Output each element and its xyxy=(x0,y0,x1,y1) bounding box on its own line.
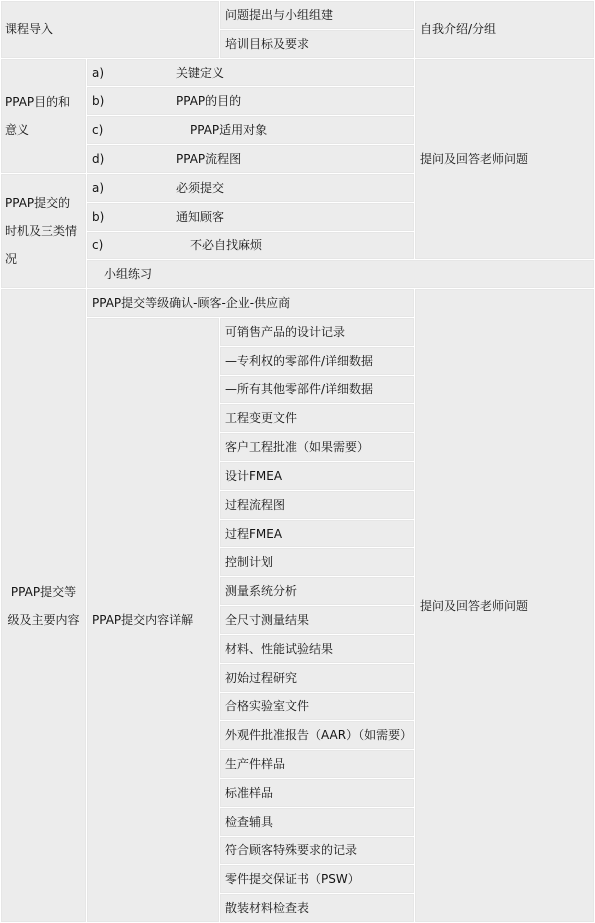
detail-item-cell: 检查辅具 xyxy=(221,809,413,835)
detail-item-text: 全尺寸测量结果 xyxy=(225,612,309,628)
sub-item-label: PPAP适用对象 xyxy=(190,122,267,138)
sub-item-cell: b)通知顾客 xyxy=(88,204,413,230)
detail-item-text: 过程FMEA xyxy=(225,526,282,542)
detail-item-cell: —所有其他零部件/详细数据 xyxy=(221,377,413,403)
detail-item-text: 零件提交保证书（PSW） xyxy=(225,871,360,887)
sub-item-marker: d) xyxy=(92,151,176,167)
detail-item-text: 散装材料检查表 xyxy=(225,900,309,916)
topic-cell-training-goals: 培训目标及要求 xyxy=(221,31,413,57)
detail-item-cell: 符合顾客特殊要求的记录 xyxy=(221,838,413,864)
detail-item-text: 客户工程批准（如果需要） xyxy=(225,439,369,455)
activity-text: 提问及回答老师问题 xyxy=(420,151,528,167)
sub-item-marker: b) xyxy=(92,93,176,109)
detail-item-cell: 工程变更文件 xyxy=(221,405,413,431)
detail-item-text: 测量系统分析 xyxy=(225,583,297,599)
detail-item-text: 设计FMEA xyxy=(225,468,282,484)
section-title-text: PPAP提交等级及主要内容 xyxy=(5,578,82,634)
detail-item-cell: —专利权的零部件/详细数据 xyxy=(221,348,413,374)
sub-item-marker: a) xyxy=(92,65,176,81)
detail-item-text: 外观件批准报告（AAR）（如需要） xyxy=(225,727,409,743)
section-title-text: 课程导入 xyxy=(5,15,53,43)
detail-item-cell: 合格实验室文件 xyxy=(221,694,413,720)
detail-item-cell: 零件提交保证书（PSW） xyxy=(221,866,413,892)
sub-item-marker: c) xyxy=(92,122,176,138)
sub-item-label: 必须提交 xyxy=(176,180,224,196)
section-title-text: PPAP目的和意义 xyxy=(5,88,82,144)
detail-item-text: —专利权的零部件/详细数据 xyxy=(225,353,373,369)
sub-item-label: PPAP流程图 xyxy=(176,151,241,167)
detail-item-text: 合格实验室文件 xyxy=(225,698,309,714)
section-title-course-intro: 课程导入 xyxy=(2,2,218,57)
detail-item-text: 生产件样品 xyxy=(225,756,285,772)
detail-item-cell: 生产件样品 xyxy=(221,751,413,777)
detail-item-text: 过程流程图 xyxy=(225,497,285,513)
sub-item-label: PPAP的目的 xyxy=(176,93,241,109)
detail-item-cell: 散装材料检查表 xyxy=(221,895,413,921)
activity-cell-qa-top: 提问及回答老师问题 xyxy=(416,60,593,259)
detail-item-cell: 可销售产品的设计记录 xyxy=(221,319,413,345)
detail-item-text: 工程变更文件 xyxy=(225,410,297,426)
detail-item-cell: 控制计划 xyxy=(221,549,413,575)
topic-cell-problem-raising: 问题提出与小组组建 xyxy=(221,2,413,28)
sub-item-label: 不必自找麻烦 xyxy=(190,237,262,253)
activity-cell-self-intro: 自我介绍/分组 xyxy=(416,2,593,57)
sub-item-marker: a) xyxy=(92,180,176,196)
section-title-submission-levels: PPAP提交等级及主要内容 xyxy=(2,290,85,921)
topic-text: 问题提出与小组组建 xyxy=(225,7,333,23)
detail-item-cell: 过程FMEA xyxy=(221,521,413,547)
group-exercise-text: 小组练习 xyxy=(104,266,152,282)
sub-item-cell: b)PPAP的目的 xyxy=(88,88,413,114)
sub-item-cell: a)关键定义 xyxy=(88,60,413,86)
detail-item-text: 可销售产品的设计记录 xyxy=(225,324,345,340)
topic-text: 培训目标及要求 xyxy=(225,36,309,52)
detail-item-cell: 客户工程批准（如果需要） xyxy=(221,434,413,460)
detail-item-text: 初始过程研究 xyxy=(225,670,297,686)
detail-item-text: 控制计划 xyxy=(225,554,273,570)
activity-text: 自我介绍/分组 xyxy=(420,21,496,37)
detail-item-cell: 初始过程研究 xyxy=(221,665,413,691)
detail-item-cell: 标准样品 xyxy=(221,780,413,806)
course-schedule-table: 课程导入 问题提出与小组组建 培训目标及要求 自我介绍/分组 PPAP目的和意义… xyxy=(0,0,595,923)
detail-item-cell: 材料、性能试验结果 xyxy=(221,636,413,662)
detail-item-cell: 测量系统分析 xyxy=(221,578,413,604)
detail-item-cell: 全尺寸测量结果 xyxy=(221,607,413,633)
detail-title-text: PPAP提交内容详解 xyxy=(92,612,193,628)
detail-item-text: 标准样品 xyxy=(225,785,273,801)
sub-item-cell: c)PPAP适用对象 xyxy=(88,117,413,143)
activity-text: 提问及回答老师问题 xyxy=(420,598,528,614)
sub-item-marker: b) xyxy=(92,209,176,225)
detail-item-text: 符合顾客特殊要求的记录 xyxy=(225,842,357,858)
detail-item-cell: 外观件批准报告（AAR）（如需要） xyxy=(221,722,413,748)
section-title-submission-timing: PPAP提交的时机及三类情况 xyxy=(2,175,85,287)
detail-item-text: 材料、性能试验结果 xyxy=(225,641,333,657)
group-exercise-cell: 小组练习 xyxy=(88,261,593,287)
sub-item-marker: c) xyxy=(92,237,176,253)
section-title-text: PPAP提交的时机及三类情况 xyxy=(5,189,82,273)
sub-item-label: 通知顾客 xyxy=(176,209,224,225)
sub-item-label: 关键定义 xyxy=(176,65,224,81)
sub-item-cell: d)PPAP流程图 xyxy=(88,146,413,172)
sub-item-cell: c)不必自找麻烦 xyxy=(88,233,413,259)
detail-item-text: —所有其他零部件/详细数据 xyxy=(225,381,373,397)
activity-cell-qa-bottom: 提问及回答老师问题 xyxy=(416,290,593,921)
sub-item-cell: a)必须提交 xyxy=(88,175,413,201)
level-confirm-text: PPAP提交等级确认-顾客-企业-供应商 xyxy=(92,295,290,311)
detail-item-cell: 过程流程图 xyxy=(221,492,413,518)
detail-item-cell: 设计FMEA xyxy=(221,463,413,489)
detail-item-text: 检查辅具 xyxy=(225,814,273,830)
section-title-ppap-purpose: PPAP目的和意义 xyxy=(2,60,85,172)
level-confirm-cell: PPAP提交等级确认-顾客-企业-供应商 xyxy=(88,290,413,316)
detail-title-cell: PPAP提交内容详解 xyxy=(88,319,218,921)
